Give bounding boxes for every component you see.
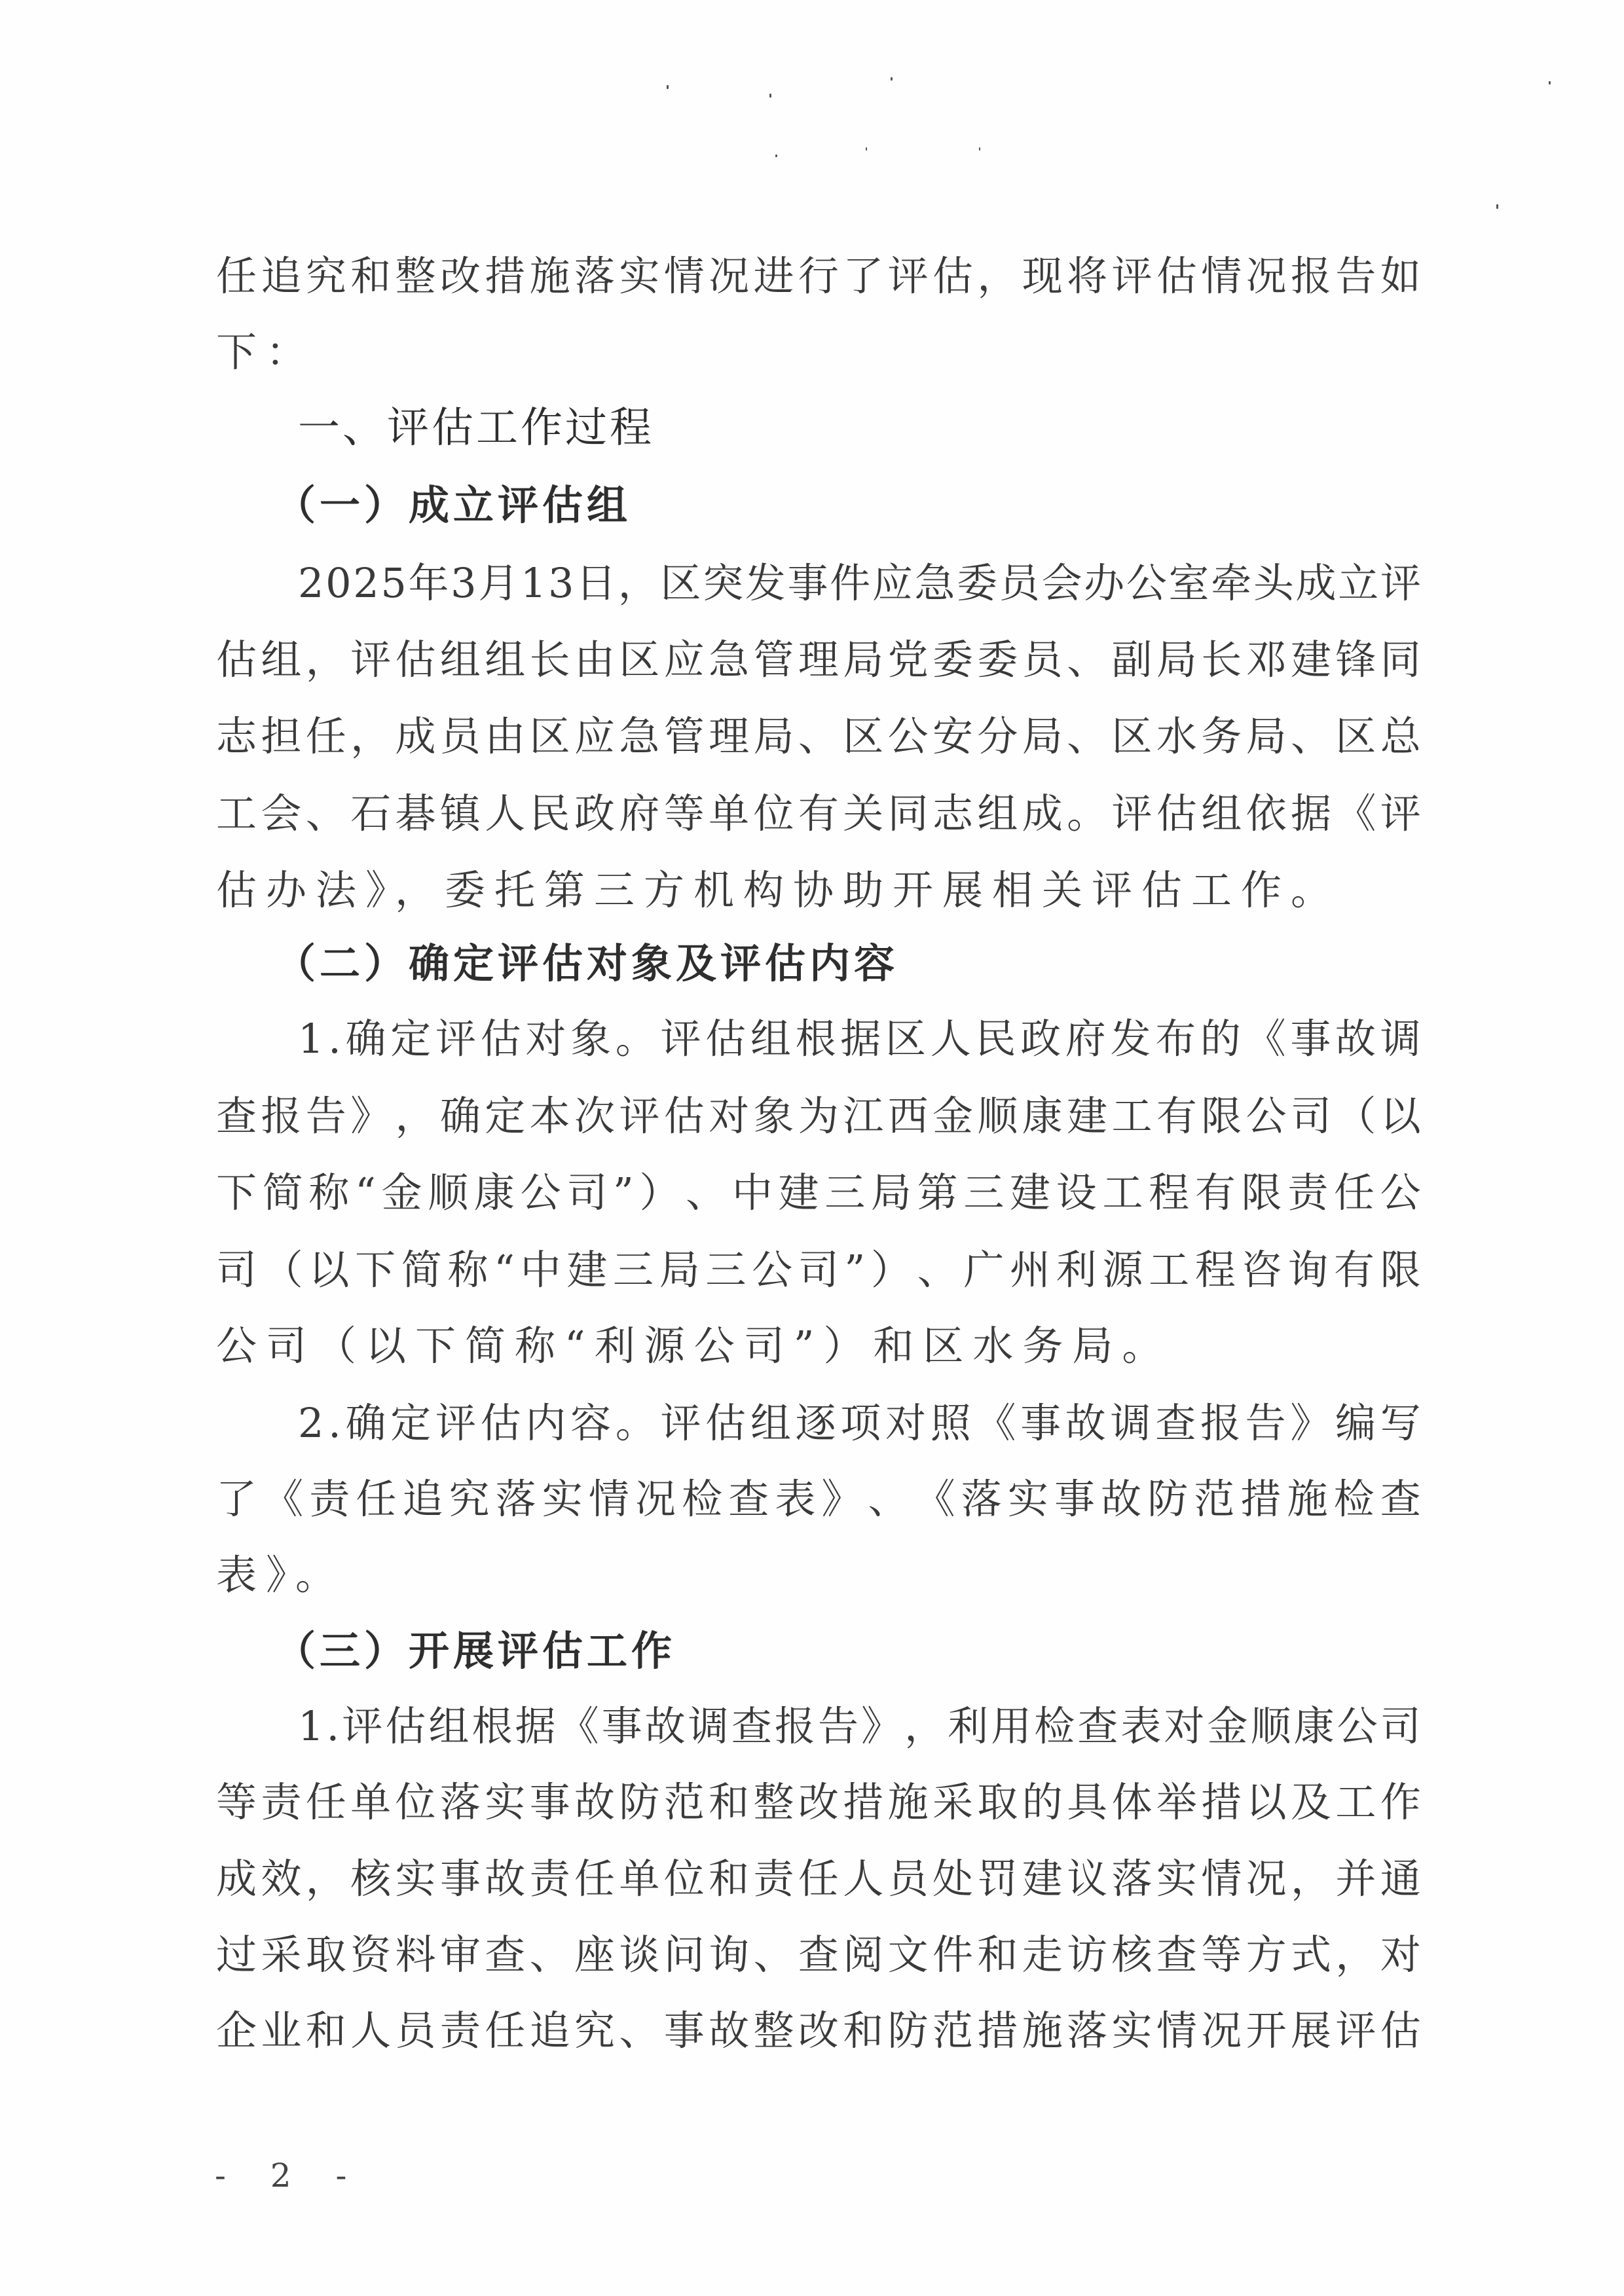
glyph: 员 <box>888 1853 929 1905</box>
glyph: 故 <box>574 1776 615 1829</box>
glyph: 3 <box>451 557 476 610</box>
glyph: 三 <box>963 1167 1004 1219</box>
glyph: （ <box>263 1244 303 1296</box>
glyph: 2 <box>298 557 323 610</box>
glyph: 牵 <box>1211 557 1251 610</box>
glyph: 。 <box>616 1397 656 1449</box>
glyph: 估 <box>664 1090 705 1142</box>
glyph: 区 <box>843 710 883 763</box>
glyph: 告 <box>1246 1397 1286 1449</box>
glyph: 人 <box>843 1853 883 1905</box>
glyph: 将 <box>1067 250 1107 302</box>
glyph: 务 <box>1201 710 1242 763</box>
glyph: 公 <box>752 1244 792 1296</box>
glyph: 告 <box>306 1090 346 1142</box>
glyph: 金 <box>932 1090 973 1142</box>
glyph: 任 <box>485 2005 525 2057</box>
glyph: 编 <box>1335 1397 1376 1449</box>
glyph: 进 <box>754 250 794 302</box>
glyph: 估 <box>705 1397 746 1449</box>
glyph: 2 <box>353 557 378 610</box>
glyph: 以 <box>308 1244 349 1296</box>
glyph: 中 <box>732 1167 773 1219</box>
glyph: 象 <box>754 1090 794 1142</box>
glyph: 报 <box>1291 250 1331 302</box>
glyph: 称 <box>448 1244 489 1296</box>
glyph: 安 <box>932 710 973 763</box>
glyph: 落 <box>1067 2005 1107 2057</box>
glyph: 改 <box>798 1776 839 1829</box>
glyph: 查 <box>1077 1700 1118 1753</box>
glyph: 管 <box>664 710 705 763</box>
glyph: 取 <box>306 1929 346 1981</box>
scan-speck <box>891 77 893 81</box>
glyph: ， <box>1335 1929 1376 1981</box>
glyph: 《 <box>1335 788 1376 840</box>
glyph: 故 <box>645 1700 686 1753</box>
glyph: 事 <box>602 1700 642 1753</box>
glyph: 头 <box>1253 557 1294 610</box>
glyph: 估 <box>481 1397 521 1449</box>
glyph: 查 <box>798 1929 839 1981</box>
glyph: 的 <box>1022 1776 1063 1829</box>
glyph: ， <box>904 1700 945 1753</box>
glyph: 同 <box>1380 634 1421 686</box>
glyph: 评 <box>435 1397 476 1449</box>
page-number: - 2 - <box>215 2153 363 2198</box>
glyph: 公 <box>1246 1090 1287 1142</box>
glyph: 组 <box>750 1013 791 1065</box>
glyph: 会 <box>261 788 301 840</box>
glyph: 评 <box>660 1397 701 1449</box>
glyph: 如 <box>1380 250 1421 302</box>
glyph: 锋 <box>1335 634 1376 686</box>
glyph: 定 <box>390 1013 431 1065</box>
glyph: 象 <box>570 1013 611 1065</box>
glyph: 评 <box>1112 788 1153 840</box>
glyph: 、 <box>1067 634 1107 686</box>
glyph: 内 <box>525 1397 566 1449</box>
glyph: 布 <box>1155 1013 1196 1065</box>
glyph: 室 <box>1169 557 1209 610</box>
glyph: 审 <box>440 1929 481 1981</box>
glyph: 建 <box>779 1167 819 1219</box>
glyph: 况 <box>1246 250 1287 302</box>
glyph: 称 <box>308 1167 349 1219</box>
glyph: 范 <box>664 1776 705 1829</box>
glyph: 对 <box>709 1090 749 1142</box>
glyph: 本 <box>530 1090 570 1142</box>
glyph: 司 <box>566 1167 607 1219</box>
glyph: 有 <box>1195 1167 1236 1219</box>
glyph: 《 <box>559 1700 599 1753</box>
glyph: 理 <box>709 710 749 763</box>
glyph: 究 <box>449 1473 490 1525</box>
glyph: 对 <box>1164 1700 1204 1753</box>
glyph: 阅 <box>843 1929 883 1981</box>
glyph: 责 <box>1287 1167 1328 1219</box>
glyph: 任 <box>1334 1167 1375 1219</box>
glyph: 以 <box>1380 1090 1421 1142</box>
glyph: 评 <box>435 1013 476 1065</box>
glyph: 追 <box>261 250 301 302</box>
glyph: 《 <box>975 1397 1016 1449</box>
glyph: 现 <box>1022 250 1063 302</box>
glyph: 和 <box>977 1929 1018 1981</box>
glyph: 事 <box>1054 1473 1095 1525</box>
glyph: 限 <box>1380 1244 1421 1296</box>
glyph: 政 <box>1020 1013 1061 1065</box>
glyph: 料 <box>396 1929 436 1981</box>
glyph: 等 <box>664 788 705 840</box>
glyph: 西 <box>888 1090 929 1142</box>
glyph: 碁 <box>396 788 436 840</box>
glyph: 作 <box>1380 1776 1421 1829</box>
glyph: 事 <box>440 1853 481 1905</box>
glyph: 广 <box>963 1244 1004 1296</box>
glyph: . <box>327 1700 340 1753</box>
glyph: 员 <box>999 557 1040 610</box>
glyph: 实 <box>1112 2005 1153 2057</box>
glyph: 》 <box>350 1090 391 1142</box>
glyph: 急 <box>914 557 955 610</box>
glyph: 估 <box>932 250 973 302</box>
glyph: 、 <box>686 1167 726 1219</box>
body-line: 志担任，成员由区应急管理局、区公安分局、区水务局、区总 <box>216 710 1421 763</box>
glyph: “ <box>355 1167 376 1219</box>
body-line: 下： <box>216 326 1421 378</box>
glyph: 座 <box>574 1929 615 1981</box>
glyph: 》 <box>821 1473 862 1525</box>
glyph: 评 <box>1335 2005 1376 2057</box>
glyph: 方 <box>1246 1929 1287 1981</box>
scan-speck <box>775 155 777 157</box>
glyph: 工 <box>216 788 257 840</box>
glyph: 写 <box>1380 1397 1421 1449</box>
glyph: 人 <box>931 1013 971 1065</box>
glyph: 责 <box>530 1853 570 1905</box>
glyph: 措 <box>485 250 525 302</box>
glyph: 估 <box>481 1013 521 1065</box>
glyph: 长 <box>530 634 570 686</box>
glyph: 司 <box>1291 1090 1331 1142</box>
glyph: 通 <box>1380 1853 1421 1905</box>
glyph: 位 <box>754 788 794 840</box>
body-line: 1.评估组根据《事故调查报告》，利用检查表对金顺康公司 <box>298 1700 1421 1753</box>
glyph: 急 <box>709 634 749 686</box>
glyph: 中 <box>521 1244 561 1296</box>
glyph: 府 <box>1065 1013 1106 1065</box>
glyph: 估 <box>1156 250 1197 302</box>
glyph: 。 <box>1067 788 1107 840</box>
glyph: 、 <box>798 710 839 763</box>
glyph: 评 <box>1380 788 1421 840</box>
body-line: 下简称“金顺康公司”）、中建三局第三建设工程有限责任公 <box>216 1167 1421 1219</box>
glyph: 调 <box>1380 1013 1421 1065</box>
glyph: 报 <box>775 1700 815 1753</box>
glyph: 成 <box>1022 788 1063 840</box>
glyph: 和 <box>709 1776 749 1829</box>
glyph: 整 <box>754 2005 794 2057</box>
glyph: 究 <box>306 250 346 302</box>
glyph: 、 <box>1067 710 1107 763</box>
glyph: 政 <box>574 788 615 840</box>
body-line: 企业和人员责任追究、事故整改和防范措施落实情况开展评估 <box>216 2005 1421 2057</box>
glyph: 2 <box>298 1397 323 1449</box>
glyph: 报 <box>261 1090 301 1142</box>
glyph: ， <box>1291 1853 1331 1905</box>
body-line: 2025年3月13日，区突发事件应急委员会办公室牵头成立评 <box>298 557 1421 610</box>
glyph: 顺 <box>428 1167 468 1219</box>
body-line: 过采取资料审查、座谈问询、查阅文件和走访核查等方式，对 <box>216 1929 1421 1981</box>
glyph: 告 <box>1335 250 1376 302</box>
glyph: 查 <box>1155 1397 1196 1449</box>
glyph: ， <box>396 1090 436 1142</box>
glyph: 、 <box>868 1473 909 1525</box>
glyph: 对 <box>1380 1929 1421 1981</box>
glyph: 实 <box>396 1853 436 1905</box>
glyph: 具 <box>1067 1776 1107 1829</box>
glyph: 落 <box>574 250 615 302</box>
glyph: 措 <box>1201 1776 1242 1829</box>
glyph: 任 <box>216 250 257 302</box>
glyph: 估 <box>396 634 436 686</box>
scan-speck <box>769 94 771 98</box>
glyph: 以 <box>1246 1776 1287 1829</box>
glyph: 人 <box>350 2005 391 2057</box>
glyph: 况 <box>1246 1853 1287 1905</box>
glyph: 况 <box>1201 2005 1242 2057</box>
glyph: 评 <box>660 1013 701 1065</box>
glyph: 委 <box>957 557 997 610</box>
glyph: 资 <box>350 1929 391 1981</box>
glyph: 实 <box>619 250 659 302</box>
glyph: 公 <box>1126 557 1167 610</box>
glyph: 况 <box>709 250 749 302</box>
glyph: 3 <box>548 557 574 610</box>
glyph: 查 <box>485 1929 525 1981</box>
body-line: 任追究和整改措施落实情况进行了评估，现将评估情况报告如 <box>216 250 1421 302</box>
glyph: 确 <box>346 1397 386 1449</box>
glyph: 公 <box>1380 1167 1421 1219</box>
glyph: 文 <box>888 1929 929 1981</box>
glyph: 和 <box>350 250 391 302</box>
glyph: . <box>328 1013 341 1065</box>
glyph: 开 <box>1246 2005 1287 2057</box>
glyph: 发 <box>745 557 786 610</box>
subsection-heading: （三）开展评估工作 <box>275 1625 676 1677</box>
glyph: 日 <box>576 557 616 610</box>
glyph: 任 <box>574 1853 615 1905</box>
glyph: 措 <box>977 2005 1018 2057</box>
glyph: 落 <box>496 1473 536 1525</box>
glyph: 局 <box>843 634 883 686</box>
glyph: 有 <box>1156 1090 1197 1142</box>
glyph: 追 <box>530 2005 570 2057</box>
glyph: 志 <box>216 710 257 763</box>
glyph: 检 <box>1334 1473 1375 1525</box>
glyph: 1 <box>298 1013 323 1065</box>
glyph: 表 <box>775 1473 815 1525</box>
glyph: 司 <box>216 1244 257 1296</box>
glyph: 长 <box>1201 634 1242 686</box>
glyph: 利 <box>1056 1244 1097 1296</box>
glyph: ， <box>306 634 346 686</box>
glyph: 《 <box>263 1473 303 1525</box>
glyph: 调 <box>1111 1397 1151 1449</box>
glyph: 邓 <box>1246 634 1287 686</box>
glyph: 究 <box>574 2005 615 2057</box>
glyph: 工 <box>1335 1776 1376 1829</box>
document-page: 任追究和整改措施落实情况进行了评估，现将评估情况报告如 下： 一、评估工作过程 … <box>0 0 1624 2296</box>
glyph: 核 <box>350 1853 391 1905</box>
glyph: 查 <box>216 1090 257 1142</box>
glyph: 建 <box>1291 634 1331 686</box>
glyph: 查 <box>1156 1929 1197 1981</box>
glyph: ， <box>618 557 659 610</box>
glyph: 故 <box>1101 1473 1141 1525</box>
glyph: 工 <box>1102 1167 1143 1219</box>
glyph: 估 <box>385 1700 426 1753</box>
glyph: 区 <box>1335 710 1376 763</box>
glyph: 评 <box>1380 557 1421 610</box>
glyph: 工 <box>1112 1090 1153 1142</box>
glyph: 、 <box>619 2005 659 2057</box>
glyph: 调 <box>688 1700 729 1753</box>
glyph: 采 <box>932 1776 973 1829</box>
glyph: 件 <box>932 1929 973 1981</box>
glyph: 应 <box>574 710 615 763</box>
glyph: 立 <box>1338 557 1378 610</box>
glyph: 估 <box>705 1013 746 1065</box>
glyph: 容 <box>570 1397 611 1449</box>
body-line: 等责任单位落实事故防范和整改措施采取的具体举措以及工作 <box>216 1776 1421 1829</box>
glyph: . <box>328 1397 341 1449</box>
glyph: 限 <box>1242 1167 1282 1219</box>
glyph: 1 <box>521 557 546 610</box>
glyph: 。 <box>616 1013 656 1065</box>
glyph: 防 <box>619 1776 659 1829</box>
glyph: 委 <box>932 634 973 686</box>
glyph: 逐 <box>796 1397 836 1449</box>
glyph: 查 <box>728 1473 769 1525</box>
glyph: 事 <box>1290 1013 1331 1065</box>
glyph: ） <box>871 1244 912 1296</box>
glyph: ， <box>306 1853 346 1905</box>
glyph: 总 <box>1380 710 1421 763</box>
glyph: 员 <box>1022 634 1063 686</box>
glyph: 落 <box>961 1473 1002 1525</box>
glyph: 建 <box>1022 1853 1063 1905</box>
glyph: 事 <box>787 557 828 610</box>
glyph: 、 <box>917 1244 958 1296</box>
glyph: 告 <box>818 1700 858 1753</box>
glyph: 》 <box>1290 1397 1331 1449</box>
glyph: 和 <box>306 2005 346 2057</box>
glyph: 程 <box>1195 1244 1236 1296</box>
glyph: 查 <box>731 1700 772 1753</box>
glyph: 任 <box>306 1776 346 1829</box>
glyph: 镇 <box>440 788 481 840</box>
glyph: 区 <box>619 634 659 686</box>
glyph: 事 <box>664 2005 705 2057</box>
glyph: 下 <box>216 1167 257 1219</box>
glyph: 落 <box>1112 1853 1153 1905</box>
glyph: 单 <box>619 1853 659 1905</box>
glyph: 效 <box>261 1853 301 1905</box>
glyph: 司 <box>798 1244 839 1296</box>
glyph: 责 <box>261 1776 301 1829</box>
glyph: 成 <box>1296 557 1337 610</box>
glyph: 防 <box>888 2005 929 2057</box>
glyph: 施 <box>1022 2005 1063 2057</box>
glyph: 评 <box>350 634 391 686</box>
glyph: 罚 <box>977 1853 1018 1905</box>
glyph: 康 <box>1022 1090 1063 1142</box>
glyph: 下 <box>355 1244 396 1296</box>
glyph: 局 <box>1022 710 1063 763</box>
glyph: 落 <box>440 1776 481 1829</box>
glyph: 事 <box>530 1776 570 1829</box>
glyph: 事 <box>1020 1397 1061 1449</box>
glyph: 组 <box>440 634 481 686</box>
glyph: 党 <box>888 634 929 686</box>
glyph: 成 <box>396 710 436 763</box>
glyph: 确 <box>440 1090 481 1142</box>
body-line: 1.确定评估对象。评估组根据区人民政府发布的《事故调 <box>298 1013 1421 1065</box>
glyph: 改 <box>440 250 481 302</box>
glyph: 副 <box>1112 634 1153 686</box>
body-line: 表》。 <box>216 1549 1421 1601</box>
scan-speck <box>1496 204 1498 209</box>
glyph: 限 <box>1201 1090 1242 1142</box>
glyph: 康 <box>1294 1700 1335 1753</box>
glyph: 建 <box>566 1244 607 1296</box>
glyph: 故 <box>709 2005 749 2057</box>
glyph: 并 <box>1335 1853 1376 1905</box>
glyph: 有 <box>1334 1244 1375 1296</box>
glyph: 和 <box>709 1853 749 1905</box>
glyph: 工 <box>1149 1244 1189 1296</box>
glyph: 估 <box>216 634 257 686</box>
glyph: 情 <box>1156 2005 1197 2057</box>
glyph: 金 <box>1208 1700 1248 1753</box>
glyph: 施 <box>888 1776 929 1829</box>
glyph: 志 <box>932 788 973 840</box>
glyph: 人 <box>485 788 525 840</box>
scan-speck <box>667 85 669 89</box>
glyph: ， <box>350 710 391 763</box>
glyph: 由 <box>574 634 615 686</box>
glyph: 核 <box>1112 1929 1153 1981</box>
glyph: 、 <box>1291 710 1331 763</box>
scan-speck <box>1549 81 1551 84</box>
glyph: 急 <box>619 710 659 763</box>
glyph: 次 <box>574 1090 615 1142</box>
glyph: 责 <box>440 2005 481 2057</box>
glyph: ） <box>639 1167 680 1219</box>
glyph: 组 <box>428 1700 469 1753</box>
body-line: 2.确定评估内容。评估组逐项对照《事故调查报告》编写 <box>298 1397 1421 1449</box>
glyph: 5 <box>380 557 406 610</box>
glyph: 担 <box>261 710 301 763</box>
glyph: 等 <box>216 1776 257 1829</box>
body-line: 公司（以下简称“利源公司”）和区水务局。 <box>216 1320 1421 1372</box>
glyph: 组 <box>977 788 1018 840</box>
glyph: 府 <box>619 788 659 840</box>
glyph: 、 <box>306 788 346 840</box>
glyph: 同 <box>888 788 929 840</box>
